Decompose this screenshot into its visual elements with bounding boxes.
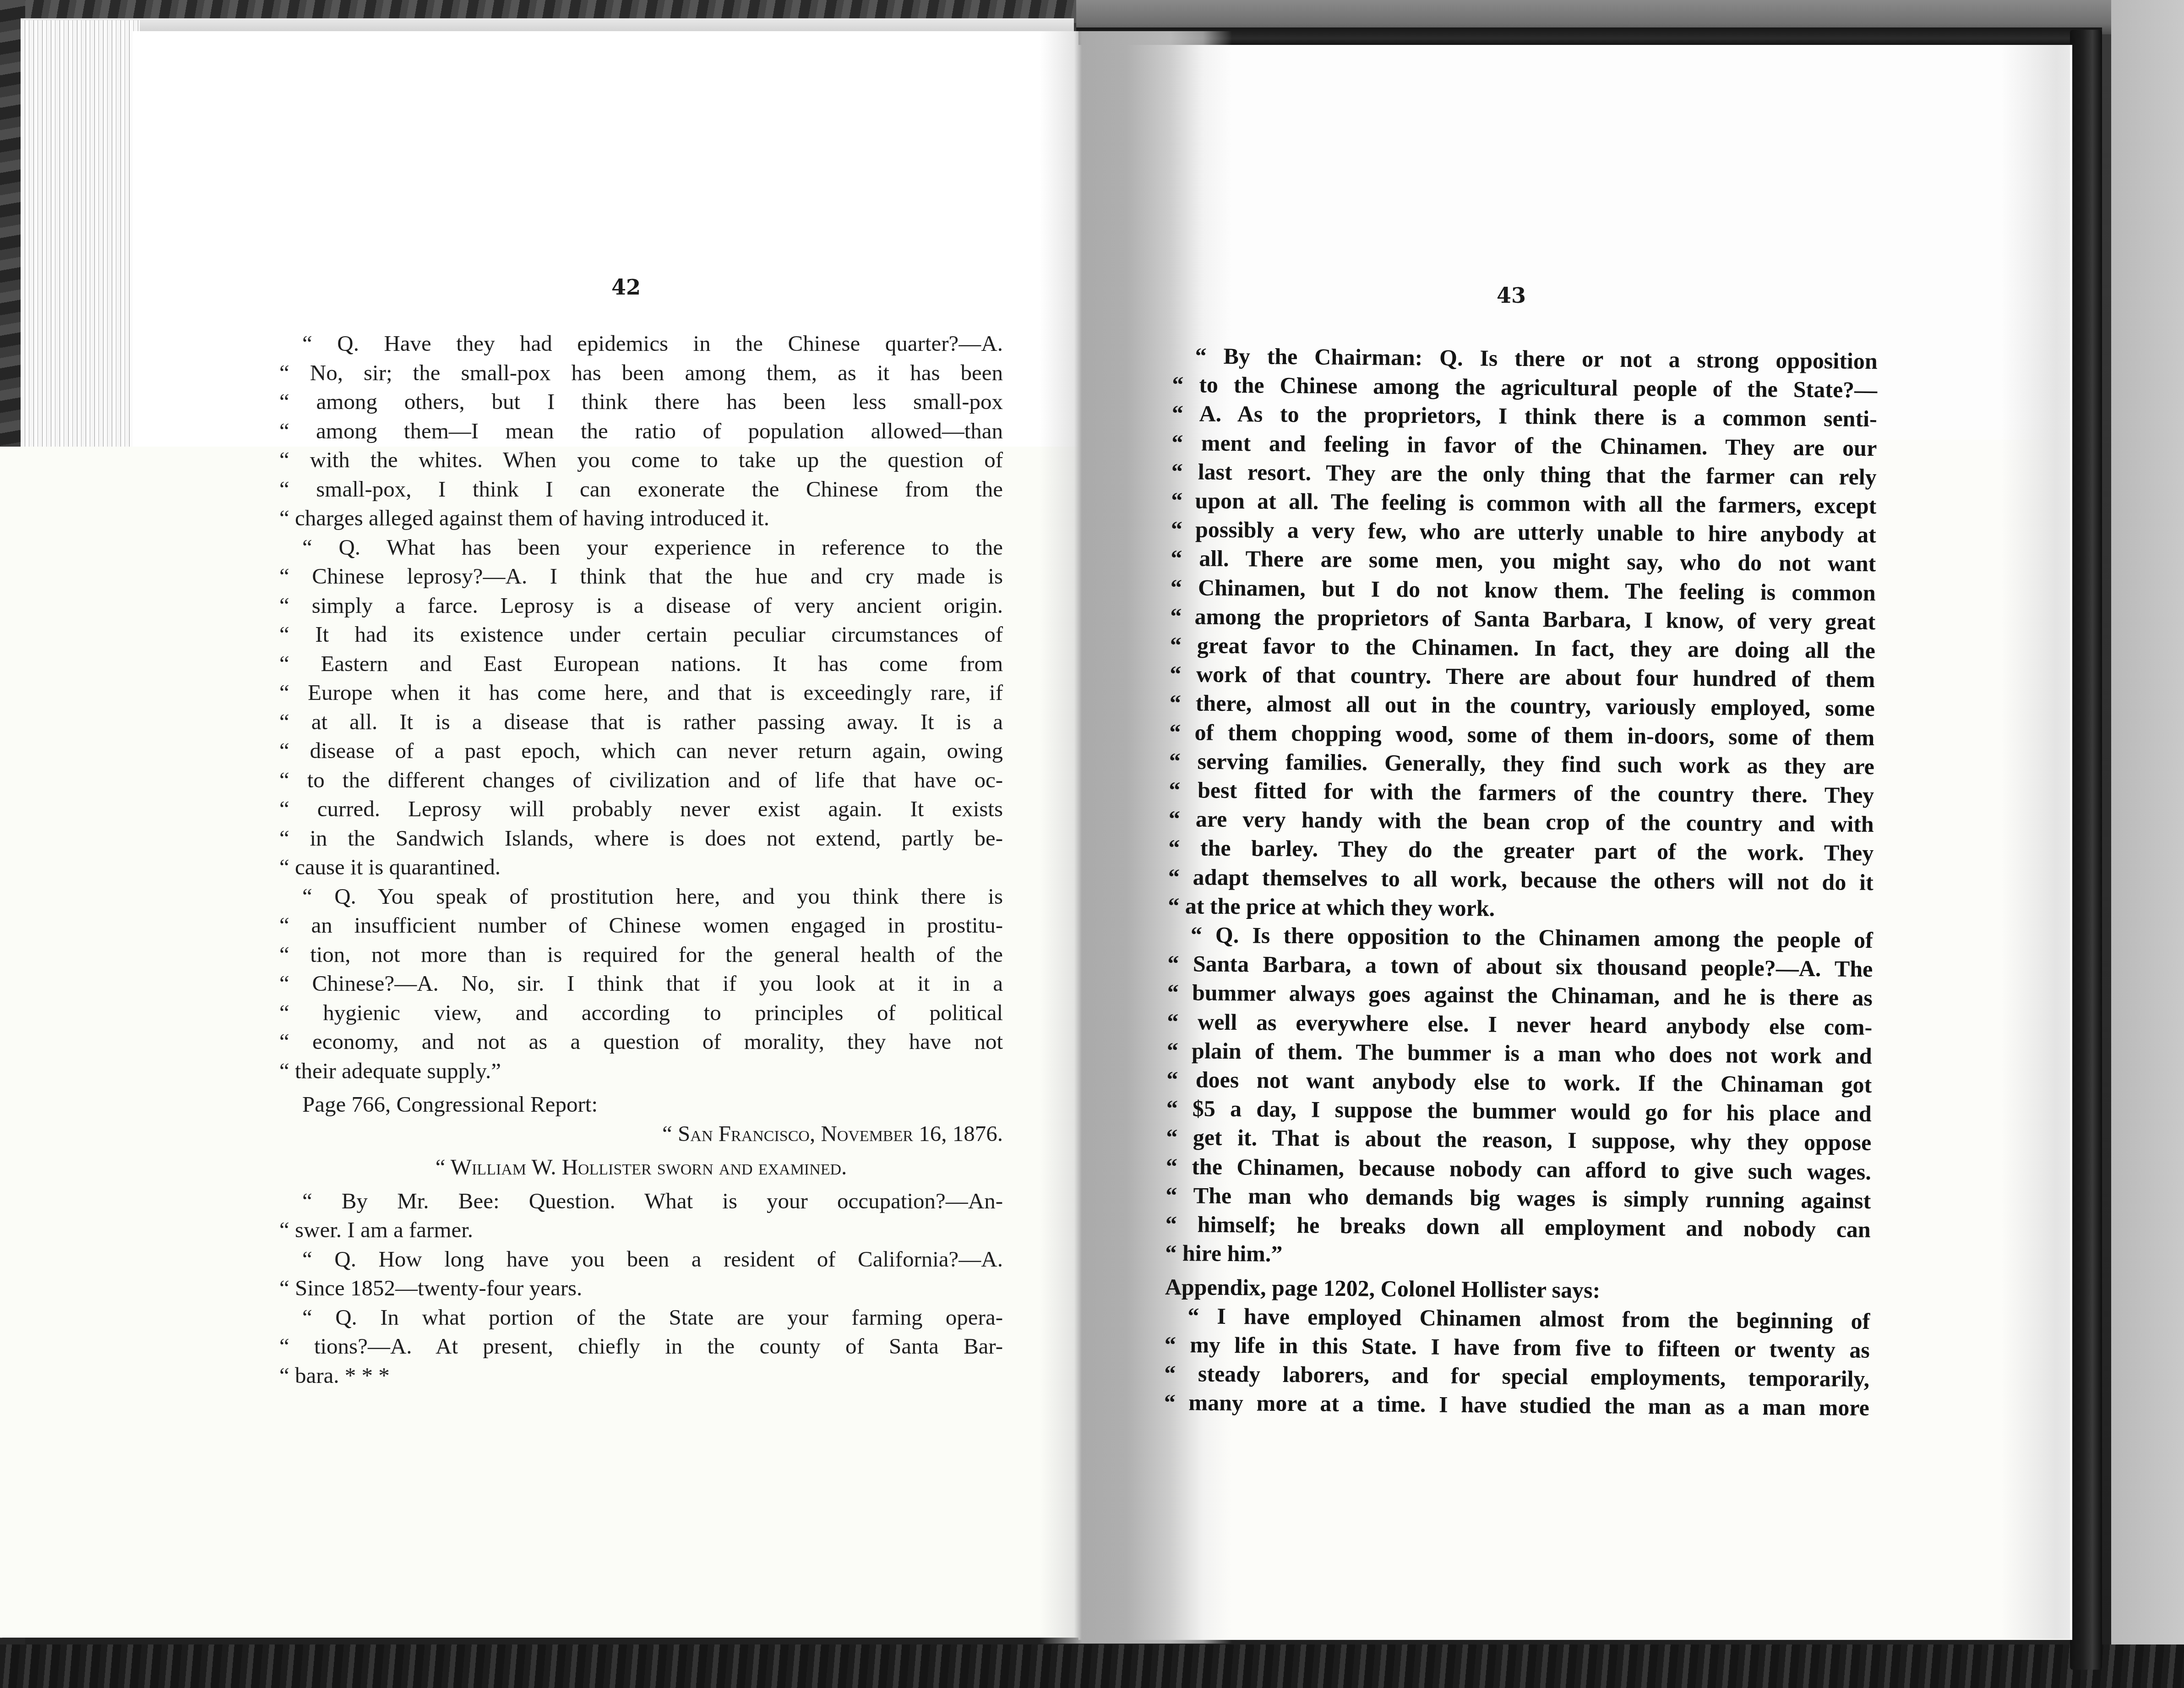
text-line: “ at all. It is a disease that is rather… xyxy=(279,707,1003,737)
text-line: “ By Mr. Bee: Question. What is your occ… xyxy=(279,1186,1003,1216)
text-line: “ charges alleged against them of having… xyxy=(279,503,1003,533)
right-page-edge-shadow xyxy=(2001,45,2070,1639)
text-line: “ disease of a past epoch, which can nev… xyxy=(279,736,1003,765)
text-line: “ bummer always goes against the Chinama… xyxy=(1167,978,1873,1012)
text-line: “ last resort. They are the only thing t… xyxy=(1171,457,1877,492)
text-line: “ small-pox, I think I can exonerate the… xyxy=(279,475,1003,504)
text-line: “ ment and feeling in favor of the China… xyxy=(1171,428,1877,463)
text-line: “ Since 1852—twenty-four years. xyxy=(279,1273,1003,1303)
text-line: “ many more at a time. I have studied th… xyxy=(1164,1388,1869,1422)
background-surface-right xyxy=(2111,0,2184,1688)
text-line: “ curred. Leprosy will probably never ex… xyxy=(279,794,1003,824)
text-line: “ simply a farce. Leprosy is a disease o… xyxy=(279,591,1003,620)
text-line: “ plain of them. The bummer is a man who… xyxy=(1167,1036,1872,1071)
text-line: “ cause it is quarantined. xyxy=(279,852,1003,882)
text-line: “ are very handy with the bean crop of t… xyxy=(1169,804,1874,839)
text-line: “ hire him.” xyxy=(1165,1239,1870,1273)
text-line: “ among the proprietors of Santa Barbara… xyxy=(1170,602,1875,636)
text-line: “ tion, not more than is required for th… xyxy=(279,940,1003,969)
background-surface-bottom xyxy=(0,1644,2184,1688)
text-line: “ among others, but I think there has be… xyxy=(279,387,1003,416)
text-line: “ an insufficient number of Chinese wome… xyxy=(279,911,1003,940)
text-line: “ Q. You speak of prostitution here, and… xyxy=(279,882,1003,911)
left-page-body-text: “ Q. Have they had epidemics in the Chin… xyxy=(279,329,1003,1390)
text-line: “ in the Sandwich Islands, where is does… xyxy=(279,824,1003,853)
page-number-right: 43 xyxy=(1497,283,1526,308)
text-line: “ Q. In what portion of the State are yo… xyxy=(279,1303,1003,1332)
text-line: “ Chinamen, but I do not know them. The … xyxy=(1171,573,1876,607)
text-line: “ well as everywhere else. I never heard… xyxy=(1167,1007,1872,1042)
text-line: “ economy, and not as a question of mora… xyxy=(279,1027,1003,1056)
text-line: “ possibly a very few, who are utterly u… xyxy=(1171,515,1876,549)
text-line: “ to the different changes of civilizati… xyxy=(279,765,1003,795)
text-line: “ all. There are some men, you might say… xyxy=(1171,544,1876,578)
text-line: “ The man who demands big wages is simpl… xyxy=(1166,1181,1871,1215)
text-line: “ serving families. Generally, they find… xyxy=(1169,747,1874,781)
text-line: “ adapt themselves to all work, because … xyxy=(1168,863,1874,897)
text-line: “ great favor to the Chinamen. In fact, … xyxy=(1170,631,1875,665)
text-line: “ to the Chinese among the agricultural … xyxy=(1172,370,1877,404)
text-line: “ my life in this State. I have from fiv… xyxy=(1165,1330,1870,1365)
text-line: “ Q. Have they had epidemics in the Chin… xyxy=(279,329,1003,358)
text-line: “ Chinese leprosy?—A. I think that the h… xyxy=(279,562,1003,591)
text-line: “ their adequate supply.” xyxy=(279,1056,1003,1086)
text-line: “ San Francisco, November 16, 1876. xyxy=(279,1119,1003,1148)
page-stack-top-edge xyxy=(21,18,1074,32)
book-scan-scene: 42 43 “ Q. Have they had epidemics in th… xyxy=(0,0,2184,1688)
text-line: “ steady laborers, and for special emplo… xyxy=(1164,1359,1869,1393)
text-line: “ Q. What has been your experience in re… xyxy=(279,533,1003,562)
text-line: “ of them chopping wood, some of them in… xyxy=(1169,718,1874,752)
page-number-left: 42 xyxy=(611,275,641,300)
text-line: “ Q. Is there opposition to the Chinamen… xyxy=(1168,920,1873,955)
text-line: “ does not want anybody else to work. If… xyxy=(1166,1065,1872,1099)
text-line: “ Eastern and East European nations. It … xyxy=(279,649,1003,678)
text-line: “ $5 a day, I suppose the bummer would g… xyxy=(1166,1094,1872,1128)
text-line: “ hygienic view, and according to princi… xyxy=(279,998,1003,1027)
hardcover-right-board xyxy=(2070,30,2102,1670)
text-line: “ Chinese?—A. No, sir. I think that if y… xyxy=(279,969,1003,998)
text-line: “ upon at all. The feeling is common wit… xyxy=(1171,486,1876,520)
text-line: “ I have employed Chinamen almost from t… xyxy=(1165,1301,1870,1336)
text-line: “ No, sir; the small-pox has been among … xyxy=(279,358,1003,388)
text-line: “ A. As to the proprietors, I think ther… xyxy=(1172,399,1877,433)
text-line: “ It had its existence under certain pec… xyxy=(279,620,1003,649)
text-line: “ with the whites. When you come to take… xyxy=(279,445,1003,475)
text-line: “ among them—I mean the ratio of populat… xyxy=(279,416,1003,446)
right-page-body-text: “ By the Chairman: Q. Is there or not a … xyxy=(1164,341,1878,1423)
text-line: “ tions?—A. At present, chiefly in the c… xyxy=(279,1332,1003,1361)
text-line: “ the barley. They do the greater part o… xyxy=(1168,833,1874,868)
text-line: “ swer. I am a farmer. xyxy=(279,1215,1003,1245)
text-line: “ By the Chairman: Q. Is there or not a … xyxy=(1172,341,1878,376)
text-line: “ Q. How long have you been a resident o… xyxy=(279,1245,1003,1274)
text-line: “ get it. That is about the reason, I su… xyxy=(1166,1123,1871,1157)
text-line: Appendix, page 1202, Colonel Hollister s… xyxy=(1165,1272,1870,1306)
text-line: “ the Chinamen, because nobody can affor… xyxy=(1166,1152,1871,1186)
text-line: “ there, almost all out in the country, … xyxy=(1170,688,1875,723)
text-line: “ himself; he breaks down all employment… xyxy=(1166,1210,1871,1244)
text-line: “ Europe when it has come here, and that… xyxy=(279,678,1003,707)
text-line: Page 766, Congressional Report: xyxy=(279,1090,1003,1119)
text-line: “ William W. Hollister sworn and examine… xyxy=(279,1153,1003,1182)
text-line: “ best fitted for with the farmers of th… xyxy=(1169,776,1874,810)
text-line: “ Santa Barbara, a town of about six tho… xyxy=(1167,949,1873,983)
text-line: “ at the price at which they work. xyxy=(1168,891,1873,926)
text-line: “ bara. * * * xyxy=(279,1361,1003,1390)
text-line: “ work of that country. There are about … xyxy=(1170,660,1875,694)
